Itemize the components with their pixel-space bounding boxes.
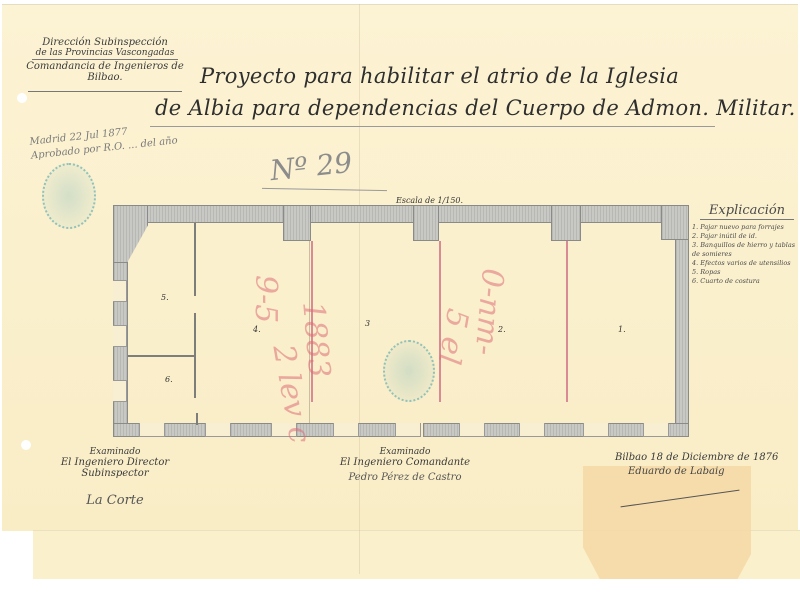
window (583, 423, 609, 437)
red-partition-1 (566, 241, 568, 402)
scale-label: Escala de 1/150. (396, 196, 463, 205)
window (395, 423, 421, 437)
header-line-1: Dirección Subinspección (20, 37, 190, 48)
author-signature: Eduardo de Labaig (628, 466, 725, 477)
punch-hole-bottom (21, 440, 31, 450)
blue-seal-stamp-top (42, 163, 96, 229)
wall-north (113, 205, 689, 223)
partition-5-6 (128, 355, 196, 357)
blue-seal-stamp-center (383, 340, 435, 402)
red-pencil-note-1: 9-5 (248, 275, 283, 323)
window (205, 423, 231, 437)
paper-patch (583, 466, 751, 579)
pier-3 (551, 205, 581, 241)
signature: Pedro Pérez de Castro (330, 472, 480, 483)
window (519, 423, 545, 437)
pier-1 (283, 205, 311, 241)
punch-hole-top (17, 93, 27, 103)
legend-item-5: 5. Ropas (690, 268, 800, 277)
examined-label: Examinado (35, 447, 195, 457)
window (333, 423, 359, 437)
room-label-4: 4. (253, 325, 261, 334)
legend-item-6: 6. Cuarto de costura (690, 277, 800, 286)
window-west (113, 380, 127, 402)
legend-explicacion: Explicación 1. Pajar nuevo para forrajes… (690, 203, 800, 286)
legend-item-3: 3. Banquillos de hierro y tablas de somi… (690, 241, 800, 259)
examined-label: Examinado (330, 447, 480, 457)
issuing-office-header: Dirección Subinspección de las Provincia… (20, 37, 190, 92)
title-line-2: de Albia para dependencias del Cuerpo de… (155, 96, 796, 120)
room-label-3: 3 (365, 319, 370, 328)
window (643, 423, 669, 437)
wall-east-pier (661, 205, 689, 240)
room-label-5: 5. (161, 293, 169, 302)
signature-block-commander: Examinado El Ingeniero Comandante Pedro … (330, 447, 480, 483)
partition-6-4-stub (196, 413, 198, 425)
pier-2 (413, 205, 439, 241)
window-west (113, 280, 127, 302)
room-label-6: 6. (165, 375, 173, 384)
header-line-2: de las Provincias Vascongadas (32, 48, 178, 60)
floor-plan: 5. 6. 4. 3 2. 1. (113, 205, 689, 437)
window (459, 423, 485, 437)
title-underline (150, 126, 715, 127)
wall-corner-chamfer (113, 205, 148, 263)
header-line-3: Comandancia de Ingenieros de Bilbao. (20, 61, 190, 83)
place-date: Bilbao 18 de Diciembre de 1876 (615, 452, 778, 463)
window-west (113, 325, 127, 347)
room-label-1: 1. (618, 325, 626, 334)
legend-item-4: 4. Efectos varios de utensilios (690, 259, 800, 268)
signature-block-director: Examinado El Ingeniero Director Subinspe… (35, 447, 195, 508)
role-label: El Ingeniero Comandante (330, 457, 480, 468)
legend-title: Explicación (700, 203, 794, 220)
signature: La Corte (35, 493, 195, 508)
legend-item-2: 2. Pajar inútil de id. (690, 232, 800, 241)
legend-item-1: 1. Pajar nuevo para forrajes (690, 223, 800, 232)
title-line-1: Proyecto para habilitar el atrio de la I… (200, 64, 679, 88)
partition-5-4-upper (194, 223, 196, 296)
window (139, 423, 165, 437)
role-label: El Ingeniero Director Subinspector (35, 457, 195, 479)
header-rule (28, 91, 182, 92)
